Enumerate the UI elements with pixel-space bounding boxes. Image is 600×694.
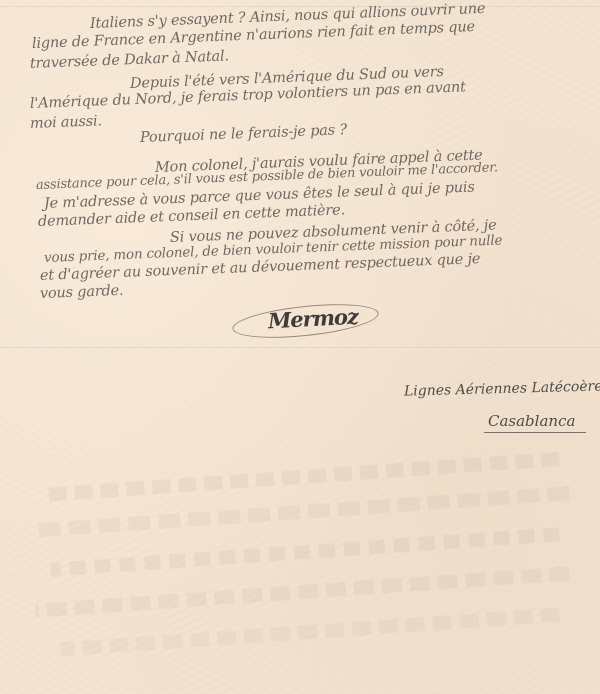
signature: Mermoz bbox=[232, 298, 382, 346]
bleed-through-line bbox=[60, 608, 560, 657]
bleed-through-line bbox=[50, 527, 560, 577]
bleed-through-line bbox=[35, 566, 570, 617]
signature-name: Mermoz bbox=[267, 304, 358, 334]
letter-line: traversée de Dakar à Natal. bbox=[30, 48, 229, 72]
letter-line: moi aussi. bbox=[30, 113, 102, 132]
city-underline bbox=[484, 432, 586, 433]
fold-crease bbox=[0, 347, 600, 349]
letter-line: Pourquoi ne le ferais-je pas ? bbox=[140, 122, 348, 146]
closing-organization: Lignes Aériennes Latécoère bbox=[404, 378, 600, 399]
letter-page: Italiens s'y essayent ? Ainsi, nous qui … bbox=[0, 0, 600, 694]
closing-city: Casablanca bbox=[488, 412, 575, 430]
letter-line: vous garde. bbox=[40, 283, 124, 302]
